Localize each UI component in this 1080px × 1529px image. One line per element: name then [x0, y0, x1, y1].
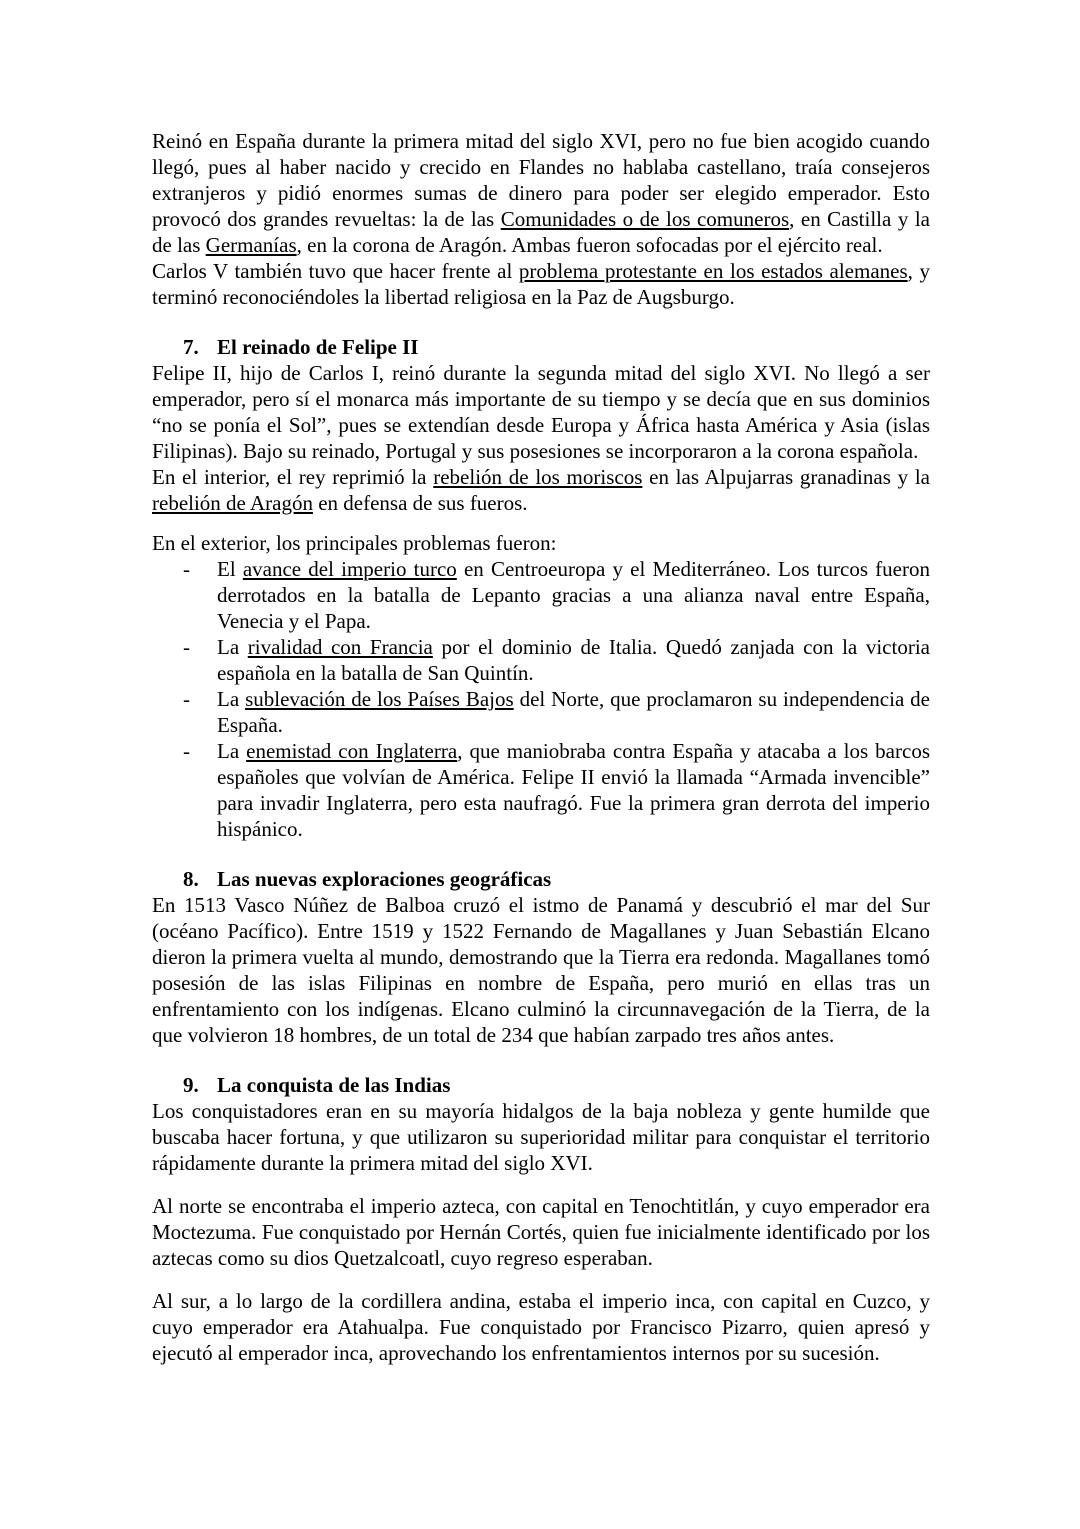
- paragraph: En el exterior, los principales problema…: [152, 530, 930, 556]
- bullet-dash: -: [183, 686, 217, 738]
- paragraph: En el interior, el rey reprimió la rebel…: [152, 464, 930, 516]
- paragraph: En 1513 Vasco Núñez de Balboa cruzó el i…: [152, 892, 930, 1048]
- text-run: La: [217, 687, 245, 711]
- heading-text: Las nuevas exploraciones geográficas: [217, 866, 551, 892]
- section-heading-9: 9.La conquista de las Indias: [152, 1072, 930, 1098]
- underlined-phrase: rebelión de los moriscos: [433, 465, 642, 489]
- list-item-text: La sublevación de los Países Bajos del N…: [217, 686, 930, 738]
- underlined-phrase: Germanías: [206, 233, 297, 257]
- list-item: -El avance del imperio turco en Centroeu…: [152, 556, 930, 634]
- bullet-dash: -: [183, 556, 217, 634]
- problem-list: -El avance del imperio turco en Centroeu…: [152, 556, 930, 842]
- heading-number: 7.: [183, 334, 217, 360]
- text-run: En 1513 Vasco Núñez de Balboa cruzó el i…: [152, 893, 930, 1047]
- section-heading-7: 7.El reinado de Felipe II: [152, 334, 930, 360]
- text-run: , en la corona de Aragón. Ambas fueron s…: [297, 233, 883, 257]
- underlined-phrase: enemistad con Inglaterra: [246, 739, 457, 763]
- underlined-phrase: avance del imperio turco: [243, 557, 457, 581]
- heading-number: 9.: [183, 1072, 217, 1098]
- paragraph: Los conquistadores eran en su mayoría hi…: [152, 1098, 930, 1176]
- text-run: En el exterior, los principales problema…: [152, 531, 556, 555]
- section-heading-8: 8.Las nuevas exploraciones geográficas: [152, 866, 930, 892]
- list-item: -La rivalidad con Francia por el dominio…: [152, 634, 930, 686]
- text-run: Al norte se encontraba el imperio azteca…: [152, 1194, 930, 1270]
- text-run: El: [217, 557, 243, 581]
- bullet-dash: -: [183, 738, 217, 842]
- text-run: Al sur, a lo largo de la cordillera andi…: [152, 1289, 930, 1365]
- text-run: en defensa de sus fueros.: [313, 491, 528, 515]
- text-run: La: [217, 739, 246, 763]
- list-item-text: La rivalidad con Francia por el dominio …: [217, 634, 930, 686]
- underlined-phrase: rivalidad con Francia: [248, 635, 433, 659]
- text-run: Carlos V también tuvo que hacer frente a…: [152, 259, 519, 283]
- text-run: En el interior, el rey reprimió la: [152, 465, 433, 489]
- paragraph: Reinó en España durante la primera mitad…: [152, 128, 930, 258]
- list-item: -La sublevación de los Países Bajos del …: [152, 686, 930, 738]
- document-page: Reinó en España durante la primera mitad…: [0, 0, 1080, 1529]
- paragraph: Al norte se encontraba el imperio azteca…: [152, 1193, 930, 1271]
- list-item-text: El avance del imperio turco en Centroeur…: [217, 556, 930, 634]
- underlined-phrase: problema protestante en los estados alem…: [519, 259, 908, 283]
- underlined-phrase: sublevación de los Países Bajos: [245, 687, 514, 711]
- underlined-phrase: rebelión de Aragón: [152, 491, 313, 515]
- heading-text: El reinado de Felipe II: [217, 334, 418, 360]
- bullet-dash: -: [183, 634, 217, 686]
- underlined-phrase: Comunidades o de los comuneros: [501, 207, 789, 231]
- paragraph: Al sur, a lo largo de la cordillera andi…: [152, 1288, 930, 1366]
- heading-number: 8.: [183, 866, 217, 892]
- text-run: Felipe II, hijo de Carlos I, reinó duran…: [152, 361, 930, 463]
- list-item-text: La enemistad con Inglaterra, que maniobr…: [217, 738, 930, 842]
- text-run: La: [217, 635, 248, 659]
- text-run: Los conquistadores eran en su mayoría hi…: [152, 1099, 930, 1175]
- heading-text: La conquista de las Indias: [217, 1072, 450, 1098]
- text-run: en las Alpujarras granadinas y la: [642, 465, 930, 489]
- list-item: -La enemistad con Inglaterra, que maniob…: [152, 738, 930, 842]
- paragraph: Felipe II, hijo de Carlos I, reinó duran…: [152, 360, 930, 464]
- paragraph: Carlos V también tuvo que hacer frente a…: [152, 258, 930, 310]
